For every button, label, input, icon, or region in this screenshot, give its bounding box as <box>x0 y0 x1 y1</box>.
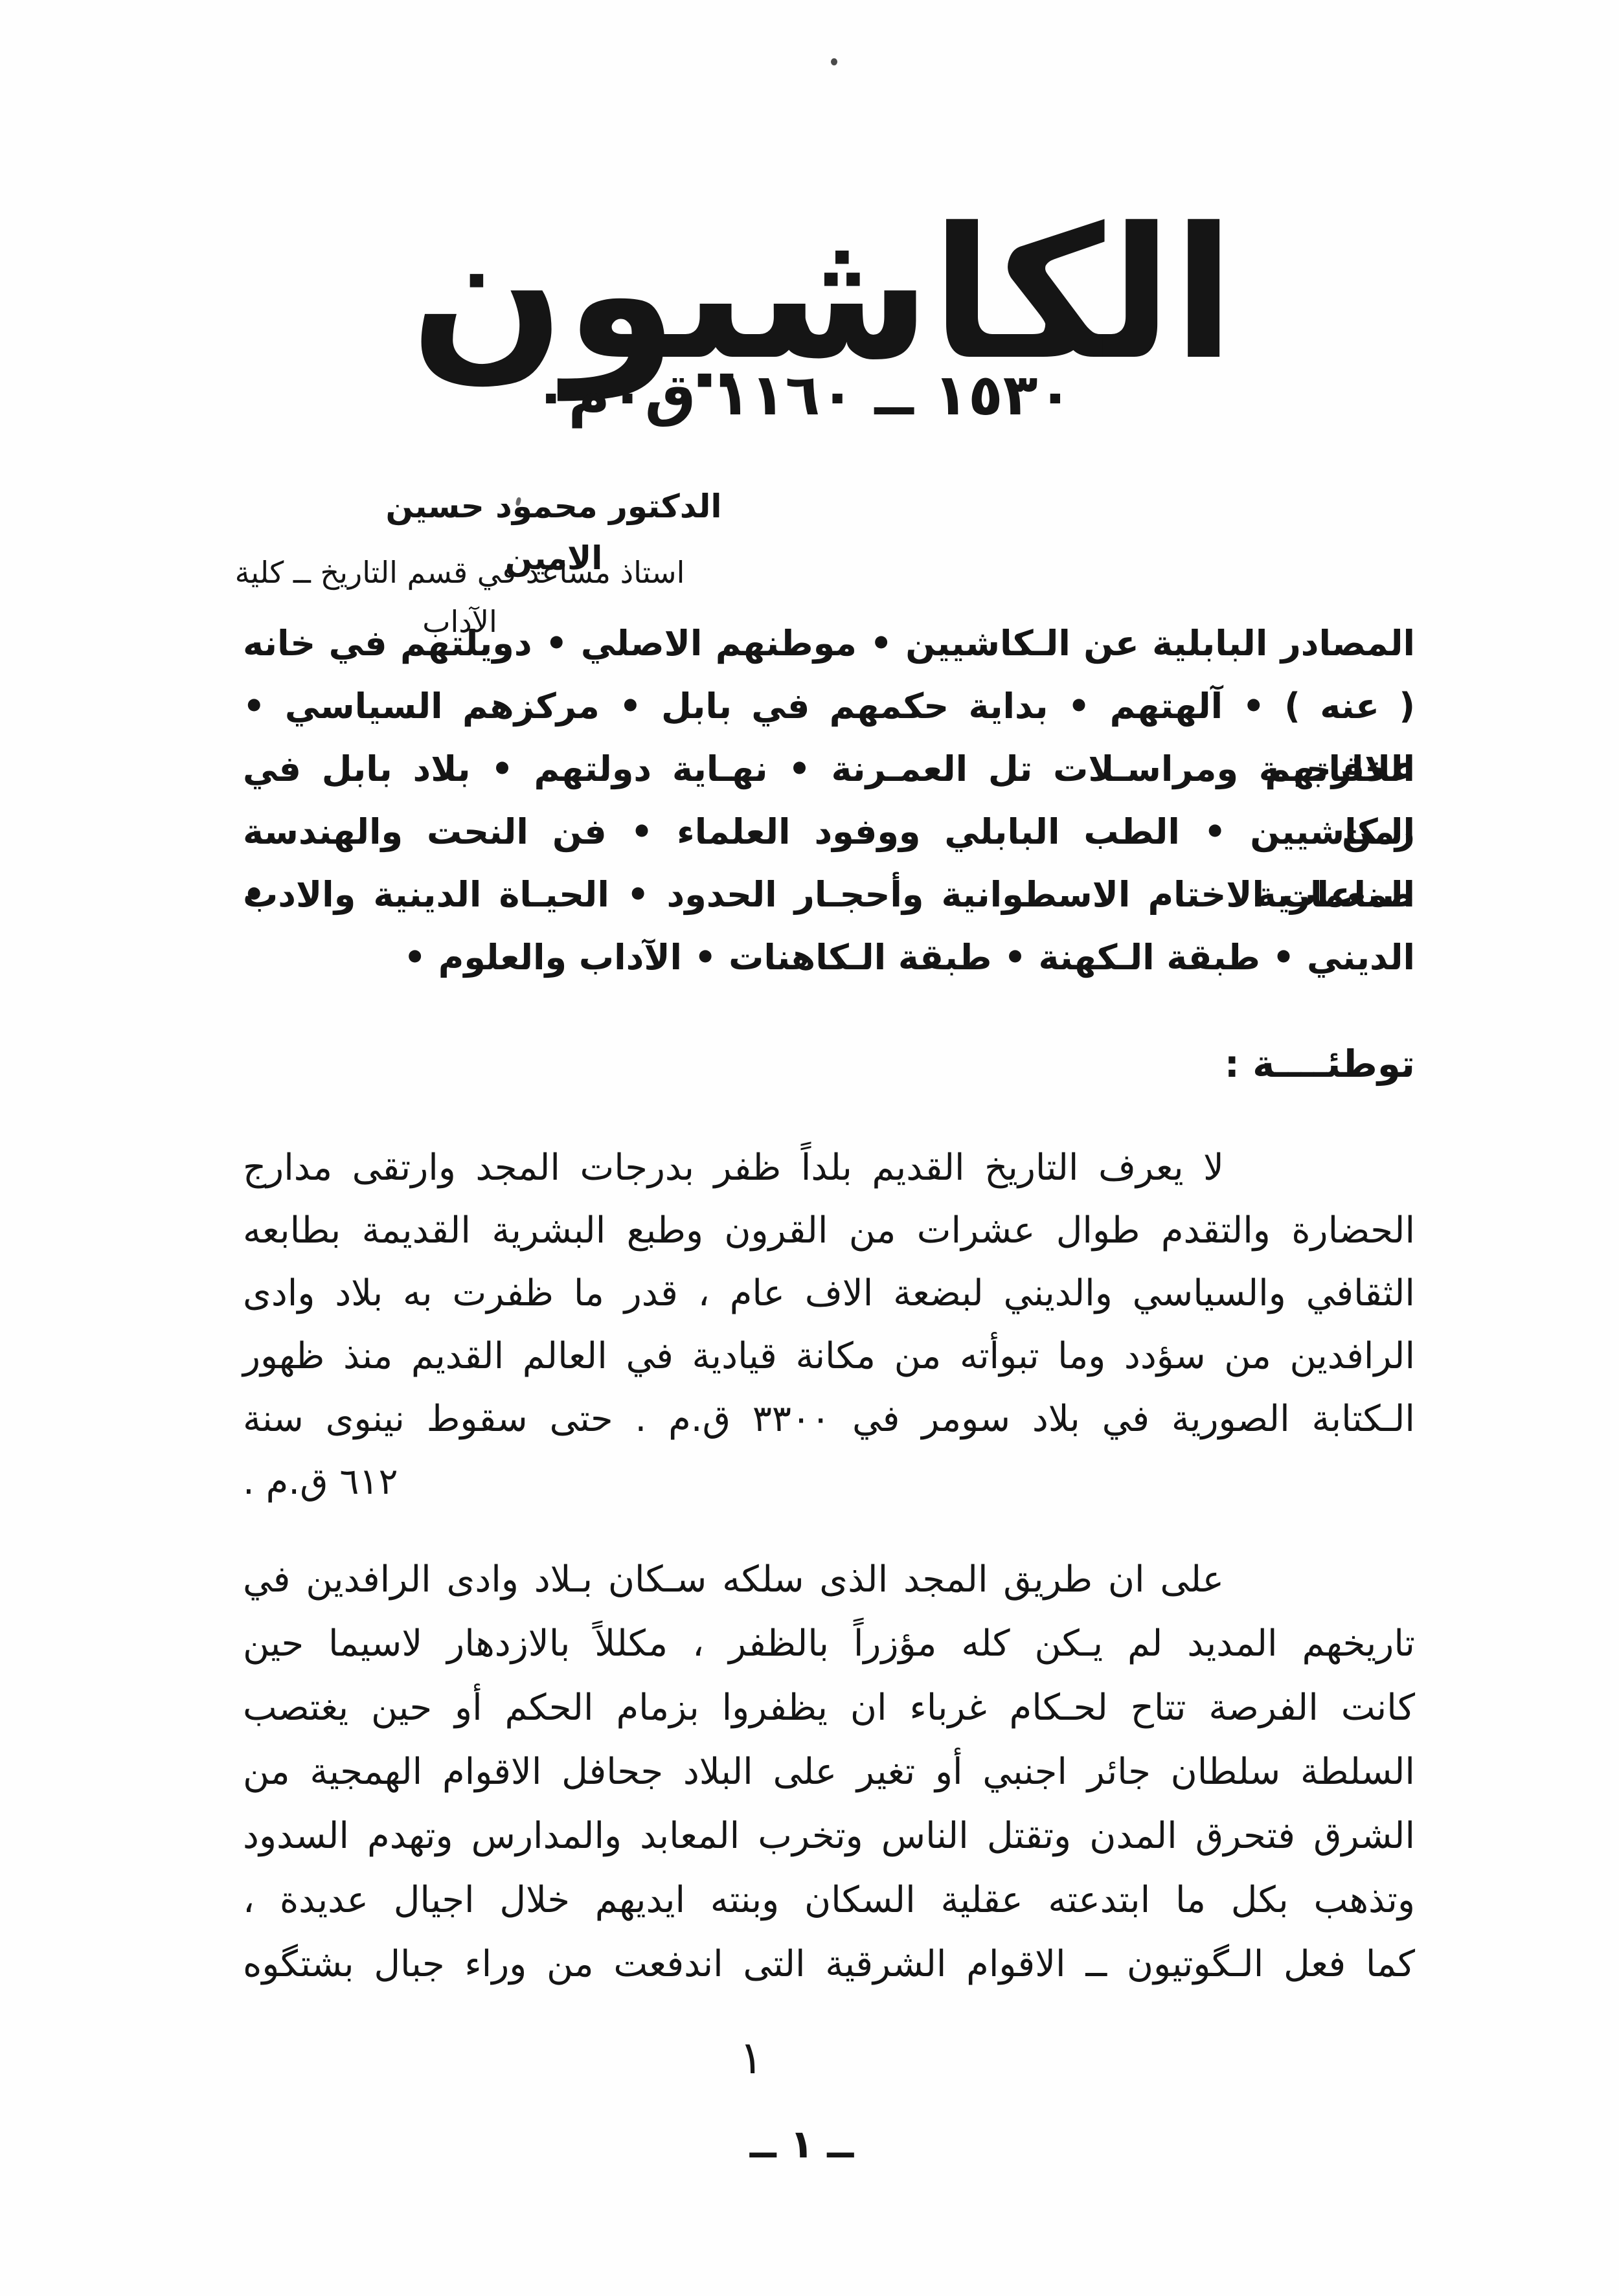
paragraph-line: الحضارة والتقدم طوال عشرات من القرون وطب… <box>243 1199 1415 1262</box>
paragraph-line: كما فعل الـگوتيون ــ الاقوام الشرقية الت… <box>243 1932 1415 1996</box>
preface-heading: توطئــــة : <box>243 1035 1415 1093</box>
topics-summary: المصادر البابلية عن الـكاشيين • موطنهم ا… <box>243 612 1415 989</box>
paragraph-line: الرافدين من سؤدد وما تبوأته من مكانة قيا… <box>243 1325 1415 1388</box>
paragraph-line: تاريخهم المديد لم يـكن كله مؤزراً بالظفر… <box>243 1612 1415 1676</box>
paragraph-line: الـكتابة الصورية في بلاد سومر في ٣٣٠٠ ق.… <box>243 1388 1415 1450</box>
footnote-mark: ١ <box>732 2032 771 2084</box>
scanned-document-page: الكاشيون ١٥٣٠ ــ ١١٦٠ ق٠م٠ الدكتور محمود… <box>0 0 1619 2296</box>
topics-line: الخارجيـة ومراسـلات تل العمـرنة • نهـاية… <box>243 737 1415 800</box>
paragraph-line: كانت الفرصة تتاح لحـكام غرباء ان يظفروا … <box>243 1676 1415 1740</box>
topics-line: الديني • طبقة الـكهنة • طبقة الـكاهنات •… <box>243 926 1415 989</box>
topics-line: صناعات الاختام الاسطوانية وأحجـار الحدود… <box>243 863 1415 926</box>
paragraph-line: وتذهب بكل ما ابتدعته عقلية السكان وبنته … <box>243 1868 1415 1932</box>
page-number: ــ ١ ــ <box>685 2112 918 2177</box>
paragraph-line: ٦١٢ ق.م . <box>243 1450 1415 1513</box>
paragraph-line: على ان طريق المجد الذى سلكه سـكان بـلاد … <box>243 1548 1415 1612</box>
paragraph-2: على ان طريق المجد الذى سلكه سـكان بـلاد … <box>243 1548 1415 1996</box>
topics-line: المصادر البابلية عن الـكاشيين • موطنهم ا… <box>243 612 1415 675</box>
paragraph-line: السلطة سلطان جائر اجنبي أو تغير على البل… <box>243 1740 1415 1804</box>
paragraph-line: الثقافي والسياسي والديني لبضعة الاف عام … <box>243 1262 1415 1325</box>
paragraph-line: لا يعرف التاريخ القديم بلداً ظفر بدرجات … <box>243 1136 1415 1199</box>
ink-speck <box>831 58 837 65</box>
topics-line: الـكاشيين • الطب البابلي ووفود العلماء •… <box>243 800 1415 863</box>
paragraph-line: الشرق فتحرق المدن وتقتل الناس وتخرب المع… <box>243 1804 1415 1868</box>
date-range: ١٥٣٠ ــ ١١٦٠ ق٠م٠ <box>0 353 1606 437</box>
paragraph-1: لا يعرف التاريخ القديم بلداً ظفر بدرجات … <box>243 1136 1415 1513</box>
topics-line: ( عنه ) • آلهتهم • بداية حكمهم في بابل •… <box>243 675 1415 737</box>
